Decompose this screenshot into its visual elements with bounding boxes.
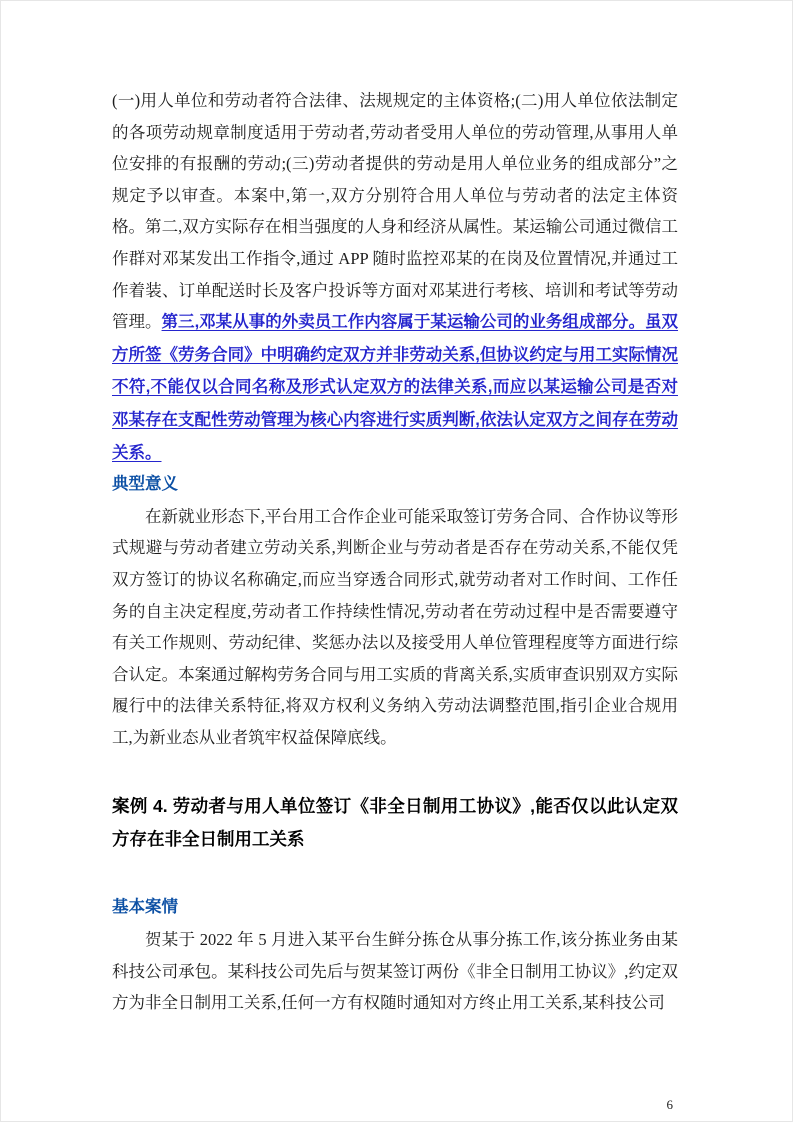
emphasized-holding-text: 第三,邓某从事的外卖员工作内容属于某运输公司的业务组成部分。虽双方所签《劳务合同… [112, 313, 678, 461]
paragraph-judgment-analysis: (一)用人单位和劳动者符合法律、法规规定的主体资格;(二)用人单位依法制定的各项… [112, 85, 678, 469]
heading-case-4-title: 案例 4. 劳动者与用人单位签订《非全日制用工协议》,能否仅以此认定双方存在非全… [112, 790, 678, 855]
paragraph-basic-facts: 贺某于 2022 年 5 月进入某平台生鲜分拣仓从事分拣工作,该分拣业务由某科技… [112, 924, 678, 1019]
heading-typical-significance: 典型意义 [112, 469, 678, 501]
heading-basic-facts: 基本案情 [112, 892, 678, 924]
paragraph-typical-significance: 在新就业形态下,平台用工合作企业可能采取签订劳务合同、合作协议等形式规避与劳动者… [112, 501, 678, 754]
document-page: (一)用人单位和劳动者符合法律、法规规定的主体资格;(二)用人单位依法制定的各项… [0, 0, 793, 1122]
page-number: 6 [667, 1097, 674, 1113]
document-body: (一)用人单位和劳动者符合法律、法规规定的主体资格;(二)用人单位依法制定的各项… [112, 85, 678, 1019]
judgment-analysis-text: (一)用人单位和劳动者符合法律、法规规定的主体资格;(二)用人单位依法制定的各项… [112, 91, 678, 331]
